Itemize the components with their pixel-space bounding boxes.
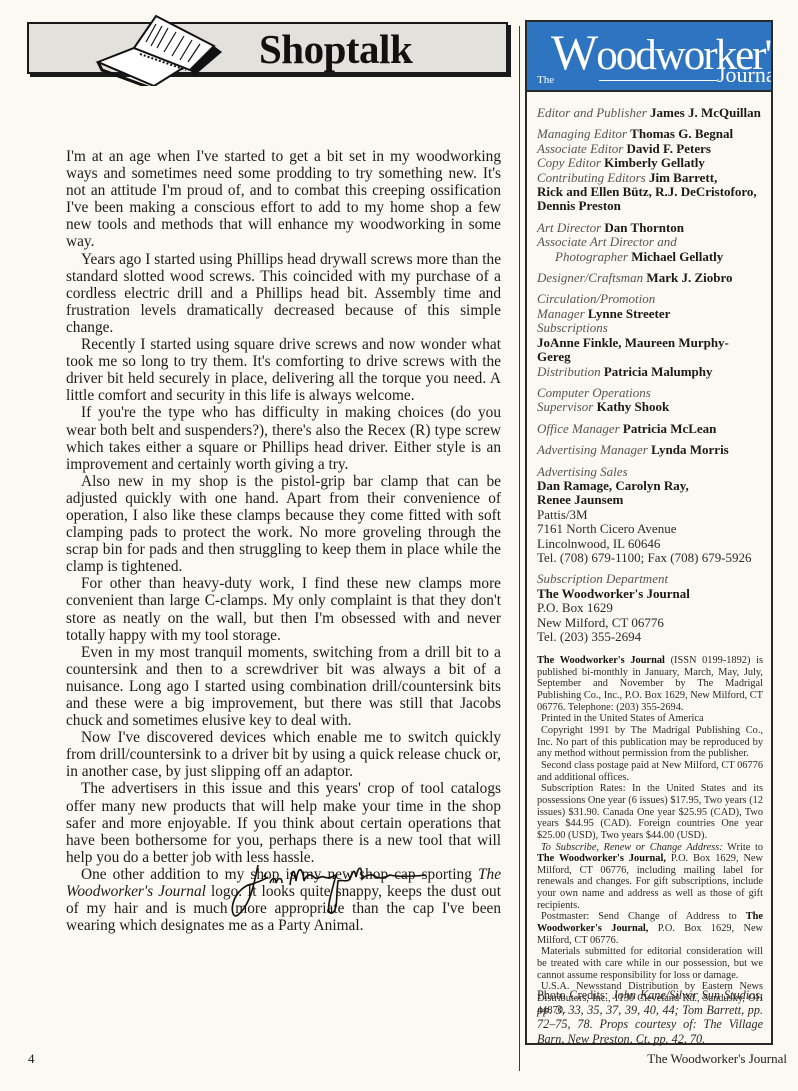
open-book-icon — [94, 8, 224, 86]
staff-detail: Tel. (708) 679-1100; Fax (708) 679-5926 — [537, 550, 752, 565]
staff-role: Subscriptions — [537, 320, 608, 335]
staff-line: New Milford, CT 06776 — [537, 616, 761, 630]
article-paragraph: For other than heavy-duty work, I find t… — [66, 575, 501, 643]
staff-name: Rick and Ellen Bütz, R.J. DeCristoforo, — [537, 184, 757, 199]
staff-line: Contributing Editors Jim Barrett, — [537, 171, 761, 185]
staff-line: Tel. (203) 355-2694 — [537, 630, 761, 644]
staff-detail: New Milford, CT 06776 — [537, 615, 664, 630]
staff-line: Associate Editor David F. Peters — [537, 142, 761, 156]
staff-line: Associate Art Director and — [537, 235, 761, 249]
staff-line: Pattis/3M — [537, 508, 761, 522]
staff-name: Dennis Preston — [537, 198, 621, 213]
staff-role: Computer Operations — [537, 385, 651, 400]
staff-line: Photographer Michael Gellatly — [537, 250, 761, 264]
staff-role: Managing Editor — [537, 126, 627, 141]
staff-name: Kathy Shook — [597, 399, 670, 414]
staff-group: Managing Editor Thomas G. BegnalAssociat… — [537, 127, 761, 213]
staff-group: Advertising Manager Lynda Morris — [537, 443, 761, 457]
staff-line: Designer/Craftsman Mark J. Ziobro — [537, 271, 761, 285]
staff-line: P.O. Box 1629 — [537, 601, 761, 615]
staff-role: Distribution — [537, 364, 601, 379]
staff-line: Art Director Dan Thornton — [537, 221, 761, 235]
staff-name: Jim Barrett, — [649, 170, 717, 185]
staff-name: Michael Gellatly — [631, 249, 723, 264]
staff-role: Supervisor — [537, 399, 593, 414]
staff-line: Advertising Sales — [537, 465, 761, 479]
staff-group: Office Manager Patricia McLean — [537, 422, 761, 436]
publication-fine-print: The Woodworker's Journal (ISSN 0199-1892… — [537, 655, 763, 1016]
staff-role: Advertising Sales — [537, 464, 628, 479]
staff-line: Dan Ramage, Carolyn Ray, — [537, 479, 761, 493]
article-paragraph: Even in my most tranquil moments, switch… — [66, 644, 501, 729]
staff-group: Subscription DepartmentThe Woodworker's … — [537, 572, 761, 644]
staff-line: JoAnne Finkle, Maureen Murphy-Gereg — [537, 336, 761, 365]
staff-role: Associate Editor — [537, 141, 623, 156]
staff-line: Rick and Ellen Bütz, R.J. DeCristoforo, — [537, 185, 761, 199]
staff-line: Tel. (708) 679-1100; Fax (708) 679-5926 — [537, 551, 761, 565]
staff-line: Office Manager Patricia McLean — [537, 422, 761, 436]
staff-name: Patricia McLean — [623, 421, 717, 436]
article-paragraph: Also new in my shop is the pistol-grip b… — [66, 473, 501, 576]
staff-name: Renee Jaunsem — [537, 492, 623, 507]
staff-role: Editor and Publisher — [537, 105, 647, 120]
staff-role: Office Manager — [537, 421, 620, 436]
footer-publication: The Woodworker's Journal — [647, 1051, 787, 1067]
staff-line: Circulation/Promotion — [537, 292, 761, 306]
article-paragraph: Recently I started using square drive sc… — [66, 336, 501, 404]
article-paragraph: Now I've discovered devices which enable… — [66, 729, 501, 780]
staff-role: Subscription Department — [537, 571, 668, 586]
staff-role: Photographer — [555, 249, 628, 264]
staff-line: Subscription Department — [537, 572, 761, 586]
masthead-box: The Woodworker's Journal Editor and Publ… — [525, 20, 773, 1045]
staff-line: Dennis Preston — [537, 199, 761, 213]
page-number: 4 — [28, 1051, 35, 1067]
staff-role: Associate Art Director and — [537, 234, 677, 249]
staff-line: Managing Editor Thomas G. Begnal — [537, 127, 761, 141]
staff-group: Computer OperationsSupervisor Kathy Shoo… — [537, 386, 761, 415]
staff-detail: Pattis/3M — [537, 507, 588, 522]
staff-line: Lincolnwood, IL 60646 — [537, 537, 761, 551]
editorial-article: I'm at an age when I've started to get a… — [66, 148, 501, 934]
staff-detail: P.O. Box 1629 — [537, 600, 613, 615]
staff-line: The Woodworker's Journal — [537, 587, 761, 601]
staff-list: Editor and Publisher James J. McQuillanM… — [527, 92, 771, 644]
staff-name: JoAnne Finkle, Maureen Murphy-Gereg — [537, 335, 729, 364]
staff-line: Computer Operations — [537, 386, 761, 400]
staff-line: Copy Editor Kimberly Gellatly — [537, 156, 761, 170]
staff-name: Dan Thornton — [604, 220, 684, 235]
staff-name: The Woodworker's Journal — [537, 586, 690, 601]
staff-name: David F. Peters — [627, 141, 711, 156]
staff-name: Kimberly Gellatly — [604, 155, 705, 170]
staff-line: Editor and Publisher James J. McQuillan — [537, 106, 761, 120]
staff-group: Circulation/PromotionManager Lynne Stree… — [537, 292, 761, 378]
article-paragraph: Years ago I started using Phillips head … — [66, 251, 501, 336]
staff-line: Distribution Patricia Malumphy — [537, 365, 761, 379]
column-divider — [519, 26, 520, 1071]
staff-line: Subscriptions — [537, 321, 761, 335]
staff-line: Manager Lynne Streeter — [537, 307, 761, 321]
staff-detail: 7161 North Cicero Avenue — [537, 521, 676, 536]
staff-line: 7161 North Cicero Avenue — [537, 522, 761, 536]
staff-role: Designer/Craftsman — [537, 270, 643, 285]
staff-detail: Lincolnwood, IL 60646 — [537, 536, 660, 551]
staff-name: Lynne Streeter — [588, 306, 670, 321]
staff-name: Dan Ramage, Carolyn Ray, — [537, 478, 689, 493]
staff-name: Thomas G. Begnal — [630, 126, 733, 141]
staff-line: Renee Jaunsem — [537, 493, 761, 507]
article-paragraph: I'm at an age when I've started to get a… — [66, 148, 501, 251]
staff-role: Advertising Manager — [537, 442, 648, 457]
staff-name: Lynda Morris — [651, 442, 729, 457]
staff-name: Patricia Malumphy — [604, 364, 713, 379]
staff-group: Designer/Craftsman Mark J. Ziobro — [537, 271, 761, 285]
photo-credits: Photo Credits: John Kane/Silver Sun Stud… — [537, 988, 763, 1046]
staff-name: James J. McQuillan — [650, 105, 761, 120]
staff-detail: Tel. (203) 355-2694 — [537, 629, 641, 644]
staff-role: Circulation/Promotion — [537, 291, 655, 306]
magazine-logo: The Woodworker's Journal — [527, 22, 771, 92]
article-paragraph: The advertisers in this issue and this y… — [66, 780, 501, 865]
page-title: Shoptalk — [259, 25, 412, 73]
staff-role: Art Director — [537, 220, 601, 235]
signature — [228, 855, 428, 935]
staff-name: Mark J. Ziobro — [646, 270, 732, 285]
staff-role: Copy Editor — [537, 155, 601, 170]
staff-role: Manager — [537, 306, 585, 321]
staff-group: Editor and Publisher James J. McQuillan — [537, 106, 761, 120]
staff-line: Supervisor Kathy Shook — [537, 400, 761, 414]
staff-group: Art Director Dan ThorntonAssociate Art D… — [537, 221, 761, 264]
staff-group: Advertising SalesDan Ramage, Carolyn Ray… — [537, 465, 761, 566]
staff-line: Advertising Manager Lynda Morris — [537, 443, 761, 457]
staff-role: Contributing Editors — [537, 170, 646, 185]
article-paragraph: If you're the type who has difficulty in… — [66, 404, 501, 472]
